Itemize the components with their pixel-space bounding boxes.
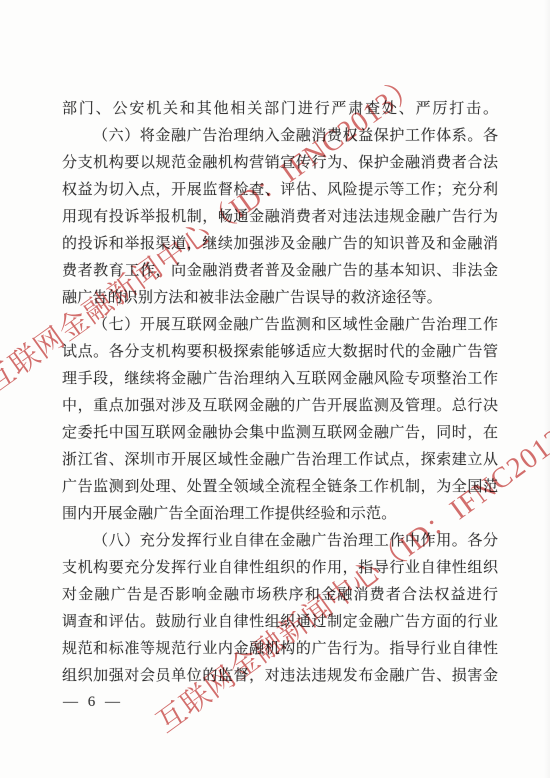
text-line: （七）开展互联网金融广告监测和区域性金融广告治理工作 [62,312,498,339]
text-line: （八）充分发挥行业自律在金融广告治理工作中作用。各分 [62,528,498,555]
text-line: 浙江省、深圳市开展区域性金融广告治理工作试点，探索建立从 [62,447,498,474]
text-line: 定委托中国互联网金融协会集中监测互联网金融广告，同时，在 [62,420,498,447]
text-line: 分支机构要以规范金融机构营销宣传行为、保护金融消费者合法 [62,150,498,177]
text-line: 用现有投诉举报机制，畅通金融消费者对违法违规金融广告行为 [62,204,498,231]
scanned-document-page: 部门、公安机关和其他相关部门进行严肃查处、严厉打击。（六）将金融广告治理纳入金融… [0,0,550,778]
text-line: 费者教育工作，向金融消费者普及金融广告的基本知识、非法金 [62,258,498,285]
text-line: 组织加强对会员单位的监督，对违法违规发布金融广告、损害金 [62,663,498,690]
text-line: 理手段，继续将金融广告治理纳入互联网金融风险专项整治工作 [62,366,498,393]
text-line: 部门、公安机关和其他相关部门进行严肃查处、严厉打击。 [62,96,498,123]
text-line: 广告监测到处理、处置全领域全流程全链条工作机制，为全国范 [62,474,498,501]
document-body: 部门、公安机关和其他相关部门进行严肃查处、严厉打击。（六）将金融广告治理纳入金融… [62,96,498,690]
text-line: 中，重点加强对涉及互联网金融的广告开展监测及管理。总行决 [62,393,498,420]
page-number: — 6 — [63,694,123,711]
text-line: （六）将金融广告治理纳入金融消费权益保护工作体系。各 [62,123,498,150]
text-line: 支机构要充分发挥行业自律性组织的作用，指导行业自律性组织 [62,555,498,582]
text-line: 的投诉和举报渠道，继续加强涉及金融广告的知识普及和金融消 [62,231,498,258]
text-line: 规范和标准等规范行业内金融机构的广告行为。指导行业自律性 [62,636,498,663]
text-line: 融广告的识别方法和被非法金融广告误导的救济途径等。 [62,285,498,312]
text-line: 调查和评估。鼓励行业自律性组织通过制定金融广告方面的行业 [62,609,498,636]
text-line: 对金融广告是否影响金融市场秩序和金融消费者合法权益进行 [62,582,498,609]
text-line: 权益为切入点，开展监督检查、评估、风险提示等工作；充分利 [62,177,498,204]
text-line: 围内开展金融广告全面治理工作提供经验和示范。 [62,501,498,528]
text-line: 试点。各分支机构要积极探索能够适应大数据时代的金融广告管 [62,339,498,366]
